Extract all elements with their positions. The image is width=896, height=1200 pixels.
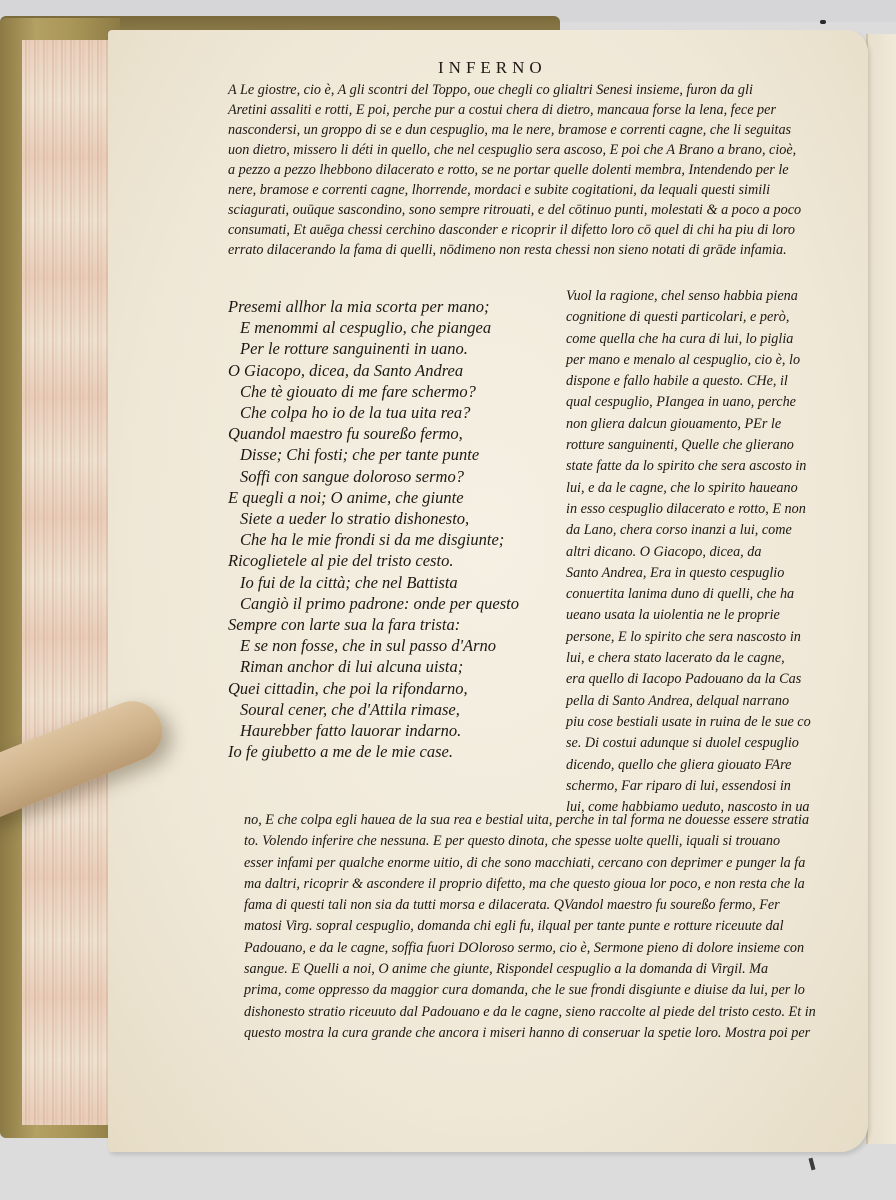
commentary-line: pella di Santo Andrea, delqual narrano [566, 691, 828, 712]
commentary-line: errato dilacerando la fama di quelli, nō… [228, 240, 828, 260]
commentary-line: Vuol la ragione, chel senso habbia piena [566, 286, 828, 307]
verse-line: Cangiò il primo padrone: onde per questo [228, 593, 558, 614]
commentary-line: sangue. E Quelli a noi, O anime che giun… [244, 959, 828, 980]
verse-line: Io fui de la città; che nel Battista [228, 572, 558, 593]
commentary-line: conuertita lanima duno di quelli, che ha [566, 584, 828, 605]
commentary-line: sciagurati, ouūque sascondino, sono semp… [228, 200, 828, 220]
commentary-line: piu cose bestiali usate in ruina de le s… [566, 712, 828, 733]
commentary-line: non gliera dalcun giouamento, PEr le [566, 414, 828, 435]
page-edges-stack [22, 40, 111, 1125]
commentary-line: rotture sanguinenti, Quelle che glierano [566, 435, 828, 456]
commentary-line: per mano e menalo al cespuglio, cio è, l… [566, 350, 828, 371]
commentary-line: matosi Virg. sopral cespuglio, domanda c… [244, 916, 828, 937]
commentary-line: prima, come oppresso da maggior cura dom… [244, 980, 828, 1001]
commentary-line: state fatte da lo spirito che sera ascos… [566, 456, 828, 477]
verse-line: E se non fosse, che in sul passo d'Arno [228, 635, 558, 656]
commentary-line: uon dietro, missero li déti in quello, c… [228, 140, 828, 160]
commentary-line: come quella che ha cura di lui, lo pigli… [566, 329, 828, 350]
verse-line: Che tè giouato di me fare schermo? [228, 381, 558, 402]
commentary-line: dispone e fallo habile a questo. CHe, il [566, 371, 828, 392]
verse-line: Disse; Chi fosti; che per tante punte [228, 444, 558, 465]
commentary-line: cognitione di questi particolari, e però… [566, 307, 828, 328]
commentary-line: consumati, Et auēga chessi cerchino dasc… [228, 220, 828, 240]
commentary-line: no, E che colpa egli hauea de la sua rea… [244, 810, 828, 831]
commentary-line: to. Volendo inferire che nessuna. E per … [244, 831, 828, 852]
verse-line: O Giacopo, dicea, da Santo Andrea [228, 360, 558, 381]
commentary-line: altri dicano. O Giacopo, dicea, da [566, 542, 828, 563]
ink-mark [820, 20, 826, 24]
commentary-line: dishonesto stratio riceuuto dal Padouano… [244, 1002, 828, 1023]
commentary-line: questo mostra la cura grande che ancora … [244, 1023, 828, 1044]
commentary-line: nascondersi, un groppo di se e dun cespu… [228, 120, 828, 140]
verse-column: Presemi allhor la mia scorta per mano;E … [228, 296, 558, 762]
commentary-line: era quello di Iacopo Padouano da la Cas [566, 669, 828, 690]
verse-line: Sempre con larte sua la fara trista: [228, 614, 558, 635]
verse-line: E quegli a noi; O anime, che giunte [228, 487, 558, 508]
commentary-line: ma daltri, ricoprir & ascondere il propr… [244, 874, 828, 895]
commentary-line: qual cespuglio, PIangea in uano, perche [566, 392, 828, 413]
commentary-line: a pezzo a pezzo lhebbono dilacerato e ro… [228, 160, 828, 180]
commentary-right: Vuol la ragione, chel senso habbia piena… [566, 286, 828, 818]
commentary-line: Aretini assaliti e rotti, E poi, perche … [228, 100, 828, 120]
verse-line: Haurebber fatto lauorar indarno. [228, 720, 558, 741]
verse-line: Per le rotture sanguinenti in uano. [228, 338, 558, 359]
commentary-line: Santo Andrea, Era in questo cespuglio [566, 563, 828, 584]
verse-line: Io fe giubetto a me de le mie case. [228, 741, 558, 762]
verse-line: Riman anchor di lui alcuna uista; [228, 656, 558, 677]
verse-line: Ricoglietele al pie del tristo cesto. [228, 550, 558, 571]
commentary-line: in esso cespuglio dilacerato e rotto, E … [566, 499, 828, 520]
commentary-line: persone, E lo spirito che sera nascosto … [566, 627, 828, 648]
commentary-top: A Le giostre, cio è, A gli scontri del T… [228, 80, 828, 260]
commentary-line: lui, e da le cagne, che lo spirito hauea… [566, 478, 828, 499]
verse-line: Soffi con sangue doloroso sermo? [228, 466, 558, 487]
verse-line: Che ha le mie frondi si da me disgiunte; [228, 529, 558, 550]
verse-line: Siete a ueder lo stratio dishonesto, [228, 508, 558, 529]
commentary-line: dicendo, quello che gliera giouato FAre [566, 755, 828, 776]
verse-line: Che colpa ho io de la tua uita rea? [228, 402, 558, 423]
commentary-line: esser infami per qualche enorme uitio, d… [244, 853, 828, 874]
commentary-line: nere, bramose e correnti cagne, lhorrend… [228, 180, 828, 200]
red-edge-stain [22, 40, 110, 1125]
verse-line: Soural cener, che d'Attila rimase, [228, 699, 558, 720]
commentary-line: fama di questi tali non sia da tutti mor… [244, 895, 828, 916]
commentary-line: lui, e chera stato lacerato da le cagne, [566, 648, 828, 669]
running-head: INFERNO [438, 58, 598, 78]
commentary-line: da Lano, chera corso inanzi a lui, come [566, 520, 828, 541]
verse-line: E menommi al cespuglio, che piangea [228, 317, 558, 338]
verse-line: Presemi allhor la mia scorta per mano; [228, 296, 558, 317]
commentary-line: se. Di costui adunque si duolel cespugli… [566, 733, 828, 754]
verse-line: Quei cittadin, che poi la rifondarno, [228, 678, 558, 699]
bookmark-ribbon [809, 1158, 816, 1171]
commentary-line: Padouano, e da le cagne, soffia fuori DO… [244, 938, 828, 959]
verse-line: Quandol maestro fu soureßo fermo, [228, 423, 558, 444]
facing-page-edge [866, 34, 896, 1144]
commentary-bottom: no, E che colpa egli hauea de la sua rea… [244, 810, 828, 1044]
commentary-line: ueano usata la uiolentia ne le proprie [566, 605, 828, 626]
commentary-line: schermo, Far riparo di lui, essendosi in [566, 776, 828, 797]
commentary-line: A Le giostre, cio è, A gli scontri del T… [228, 80, 828, 100]
